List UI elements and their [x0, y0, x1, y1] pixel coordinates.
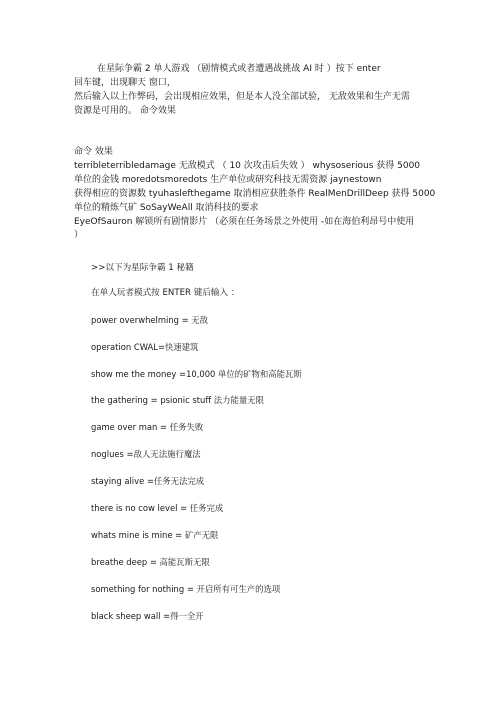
- intro-line-3: 然后输入以上作弊码，会出现相应效果，但是本人没全部试验， 无敌效果和生产无需: [74, 91, 410, 103]
- cheat-item: breathe deep = 高能瓦斯无限: [91, 556, 210, 568]
- command-line-2: 单位的金钱 moredotsmoredots 生产单位或研究科技无需资源 jay…: [74, 174, 381, 186]
- command-line-4: 单位的精炼气矿 SoSayWeAll 取消科技的要求: [74, 202, 259, 214]
- command-line-1: terribleterribledamage 无敌模式 （ 10 次攻击后失效 …: [74, 160, 420, 172]
- cheat-item: operation CWAL=快速建筑: [91, 341, 198, 353]
- commands-header: 命令 效果: [74, 146, 113, 158]
- sc1-section-title: >>以下为星际争霸 1 秘籍: [91, 262, 194, 274]
- document-page: 在星际争霸 2 单人游戏 （剧情模式或者遭遇战挑战 AI 时 ）按下 enter…: [0, 0, 500, 708]
- cheat-item: game over man = 任务失败: [91, 421, 203, 433]
- cheat-item: noglues =敌人无法施行魔法: [91, 448, 201, 460]
- cheat-item: black sheep wall =得一全开: [91, 610, 204, 622]
- cheat-item: something for nothing = 开启所有可生产的选项: [91, 583, 280, 595]
- intro-line-4: 资源是可用的。 命令效果: [74, 105, 176, 117]
- cheat-item: the gathering = psionic stuff 法力能量无限: [91, 394, 264, 406]
- cheat-item: whats mine is mine = 矿产无限: [91, 529, 218, 541]
- intro-line-2: 回车键，出现聊天 窗口，: [74, 77, 176, 89]
- sc1-instruction: 在单人玩者模式按 ENTER 键后输入 ：: [91, 287, 239, 299]
- command-line-6: ）: [74, 229, 83, 241]
- cheat-item: power overwhelming = 无敌: [91, 314, 208, 326]
- cheat-item: staying alive =任务无法完成: [91, 475, 204, 487]
- intro-line-1: 在星际争霸 2 单人游戏 （剧情模式或者遭遇战挑战 AI 时 ）按下 enter: [97, 63, 381, 75]
- command-line-5: EyeOfSauron 解锁所有剧情影片 （必须在任务场景之外使用 -如在海伯利…: [74, 216, 414, 228]
- cheat-item: there is no cow level = 任务完成: [91, 502, 223, 514]
- cheat-item: show me the money =10,000 单位的矿物和高能瓦斯: [91, 368, 302, 380]
- command-line-3: 获得相应的资源数 tyuhaslefthegame 取消相应获胜条件 RealM…: [74, 188, 435, 200]
